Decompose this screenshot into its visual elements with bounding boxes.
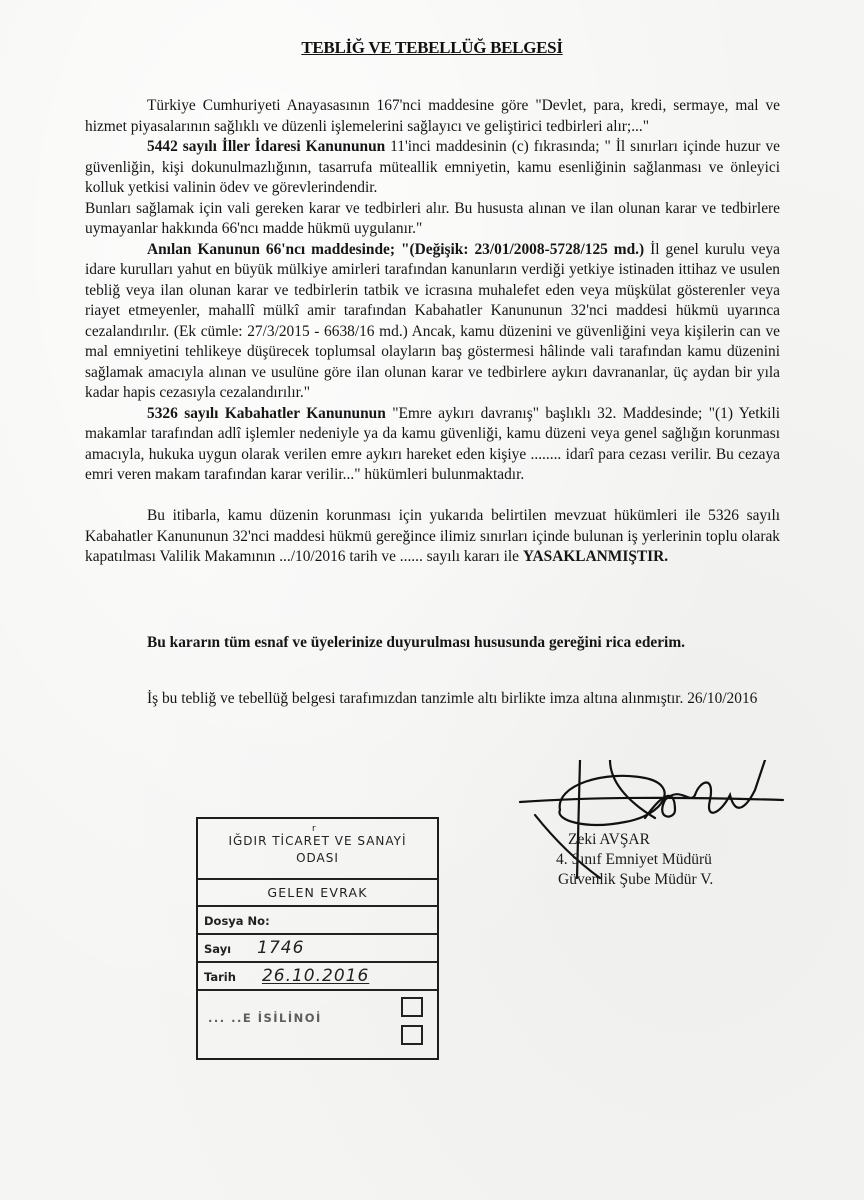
bold-reference: 5442 sayılı İller İdaresi Kanununun	[147, 138, 385, 155]
conclusion-emphasis: YASAKLANMIŞTIR.	[523, 548, 668, 565]
legal-body: Türkiye Cumhuriyeti Anayasasının 167'nci…	[85, 96, 780, 486]
stamp-organization: r IĞDIR TİCARET VE SANAYİ ODASI	[198, 819, 437, 880]
request-paragraph: Bu kararın tüm esnaf ve üyelerinize duyu…	[85, 630, 780, 656]
signatory-title-1: 4. Sınıf Emniyet Müdürü	[556, 850, 786, 870]
stamp-mark: r	[312, 821, 317, 838]
stamp-org-line-1: IĞDIR TİCARET VE SANAYİ	[198, 833, 437, 850]
stamp-number: Sayı 1746	[198, 935, 437, 963]
request-text: Bu kararın tüm esnaf ve üyelerinize duyu…	[85, 630, 780, 656]
body-paragraph: Bunları sağlamak için vali gereken karar…	[85, 199, 780, 240]
signatory-block: Zeki AVŞAR 4. Sınıf Emniyet Müdürü Güven…	[556, 830, 786, 890]
stamp-bottom: ... ..E İSİLİNOİ	[198, 991, 437, 1057]
signatory-title-2: Güvenlik Şube Müdür V.	[556, 870, 786, 890]
stamp-org-line-2: ODASI	[198, 850, 437, 867]
signatory-name: Zeki AVŞAR	[556, 830, 786, 850]
closing-text: İş bu tebliğ ve tebellüğ belgesi tarafım…	[85, 687, 780, 711]
paragraph-text: İl genel kurulu veya idare kurulları yah…	[85, 241, 780, 402]
stamp-checkbox-1	[401, 997, 423, 1017]
closing-paragraph: İş bu tebliğ ve tebellüğ belgesi tarafım…	[85, 687, 780, 711]
incoming-document-stamp: r IĞDIR TİCARET VE SANAYİ ODASI GELEN EV…	[196, 817, 439, 1060]
stamp-file-no: Dosya No:	[198, 907, 437, 935]
bold-reference: Anılan Kanunun 66'ncı maddesinde; "(Deği…	[147, 241, 644, 258]
stamp-date: Tarih 26.10.2016	[198, 963, 437, 991]
scanned-page: TEBLİĞ VE TEBELLÜĞ BELGESİ Türkiye Cumhu…	[0, 0, 864, 1200]
body-paragraph: 5326 sayılı Kabahatler Kanununun "Emre a…	[85, 404, 780, 486]
stamp-faded-text: ... ..E İSİLİNOİ	[208, 1011, 322, 1025]
stamp-checkbox-2	[401, 1025, 423, 1045]
body-paragraph: 5442 sayılı İller İdaresi Kanununun 11'i…	[85, 137, 780, 199]
number-label: Sayı	[204, 942, 231, 956]
conclusion-paragraph: Bu itibarla, kamu düzenin korunması için…	[85, 506, 780, 568]
number-value: 1746	[257, 938, 304, 958]
paragraph-text: Türkiye Cumhuriyeti Anayasasının 167'nci…	[85, 97, 780, 135]
bold-reference: 5326 sayılı Kabahatler Kanununun	[147, 405, 386, 422]
paragraph-text: Bunları sağlamak için vali gereken karar…	[85, 200, 780, 238]
document-title: TEBLİĞ VE TEBELLÜĞ BELGESİ	[0, 38, 864, 58]
body-paragraph: Türkiye Cumhuriyeti Anayasasının 167'nci…	[85, 96, 780, 137]
body-paragraph: Anılan Kanunun 66'ncı maddesinde; "(Deği…	[85, 240, 780, 404]
conclusion-text: Bu itibarla, kamu düzenin korunması için…	[85, 507, 780, 565]
file-no-label: Dosya No:	[204, 914, 270, 928]
date-label: Tarih	[204, 970, 236, 984]
date-value: 26.10.2016	[262, 966, 369, 986]
stamp-incoming-label: GELEN EVRAK	[198, 880, 437, 907]
